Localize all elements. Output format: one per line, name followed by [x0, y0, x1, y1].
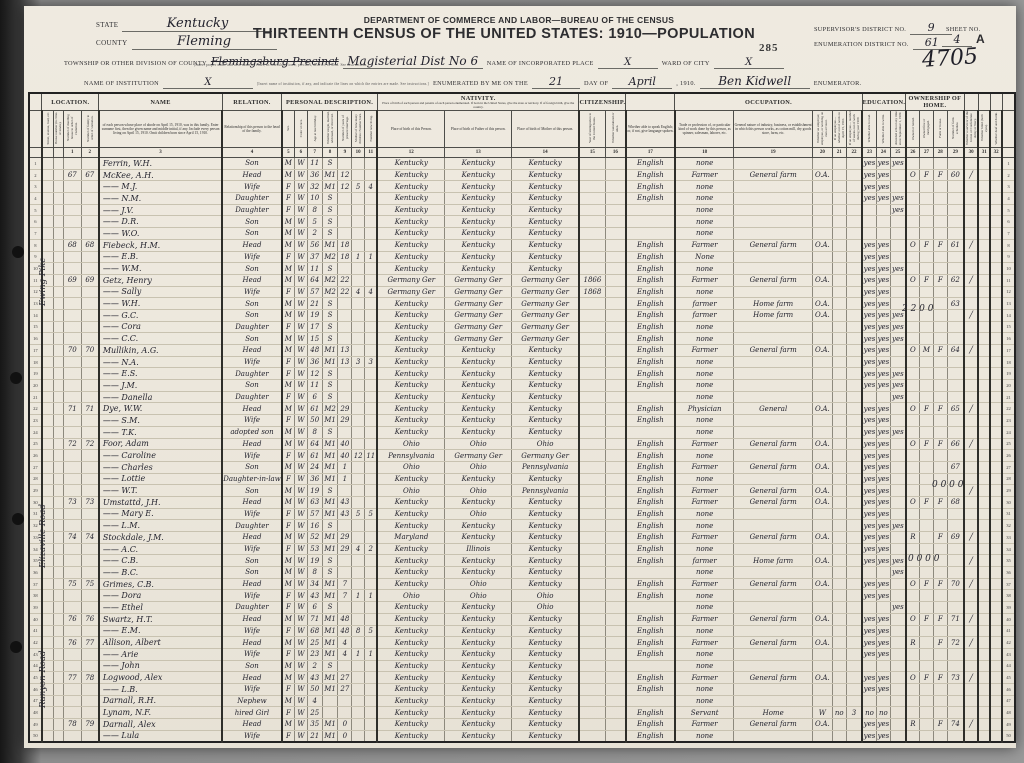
cell-fa — [81, 158, 99, 170]
cell-ma: M1 — [322, 625, 338, 637]
cell-re: Son — [222, 660, 281, 672]
cell-ag: 8 — [307, 426, 322, 438]
cell-bf: Kentucky — [445, 648, 512, 660]
cell-n0: 5 — [29, 204, 42, 216]
cell-fh — [933, 508, 947, 520]
column-number: 3 — [99, 148, 222, 158]
person-row: 32—— L.M.DaughterFW16SKentuckyKentuckyKe… — [29, 520, 1015, 532]
cell-fh: F — [933, 532, 947, 544]
cell-n0: 23 — [29, 415, 42, 427]
cell-sx: M — [282, 169, 295, 181]
cell-im — [579, 158, 605, 170]
cell-fa — [81, 473, 99, 485]
cell-n0: 26 — [29, 450, 42, 462]
cell-bm: Kentucky — [512, 695, 579, 707]
cell-bm: Kentucky — [512, 613, 579, 625]
cell-fh — [933, 683, 947, 695]
person-row: 427677Allison, AlbertHeadMW25M14Kentucky… — [29, 637, 1015, 649]
cell-wr: yes — [876, 251, 890, 263]
cell-wr: yes — [876, 485, 890, 497]
cell-st — [42, 345, 54, 357]
cell-rd — [862, 216, 876, 228]
cell-wk — [846, 403, 862, 415]
cell-wr: no — [876, 707, 890, 719]
cell-bm: Germany Ger — [512, 274, 579, 286]
cell-cl — [365, 567, 378, 579]
cell-rd: yes — [862, 730, 876, 742]
enumerated-label-2: DAY OF — [584, 80, 608, 87]
cell-bp: Kentucky — [377, 368, 444, 380]
cell-na — [605, 625, 626, 637]
cell-sx: F — [282, 683, 295, 695]
cell-bp: Kentucky — [377, 555, 444, 567]
cell-bp: Kentucky — [377, 298, 444, 310]
person-row: 27—— CharlesSonMW24M11OhioOhioPennsylvan… — [29, 461, 1015, 473]
cell-vt — [964, 298, 978, 310]
cell-bm: Kentucky — [512, 345, 579, 357]
cell-im — [579, 707, 605, 719]
cell-bp: Kentucky — [377, 403, 444, 415]
cell-tr: none — [675, 356, 734, 368]
cell-ow — [832, 251, 846, 263]
cell-dd — [990, 286, 1002, 298]
cell-ma: S — [322, 485, 338, 497]
cell-cs: W — [812, 707, 832, 719]
cell-fa — [81, 485, 99, 497]
cell-cb — [352, 298, 365, 310]
cell-n1: 43 — [1002, 648, 1015, 660]
cell-cl — [365, 380, 378, 392]
cell-in — [734, 216, 813, 228]
cell-n1: 24 — [1002, 426, 1015, 438]
cell-vt — [964, 508, 978, 520]
cell-wk — [846, 461, 862, 473]
cell-co: W — [295, 672, 308, 684]
cell-hn — [53, 707, 63, 719]
cell-re: Son — [222, 263, 281, 275]
cell-hn — [53, 380, 63, 392]
cell-ow — [832, 391, 846, 403]
cell-cs: O.A. — [812, 578, 832, 590]
cell-in: General farm — [734, 578, 813, 590]
cell-n1: 33 — [1002, 532, 1015, 544]
cell-ym — [338, 321, 352, 333]
cell-fs — [947, 391, 964, 403]
cell-on — [906, 204, 920, 216]
cell-na — [605, 274, 626, 286]
column-number: 25 — [891, 148, 906, 158]
cell-in — [734, 648, 813, 660]
cell-bd — [978, 239, 990, 251]
cell-n0: 50 — [29, 730, 42, 742]
cell-co: W — [295, 391, 308, 403]
cell-rd: yes — [862, 578, 876, 590]
cell-bp: Kentucky — [377, 309, 444, 321]
cell-im: 1866 — [579, 274, 605, 286]
cell-wr: yes — [876, 345, 890, 357]
cell-on — [906, 730, 920, 742]
cell-rd: yes — [862, 625, 876, 637]
cell-n1: 21 — [1002, 391, 1015, 403]
cell-rd: yes — [862, 532, 876, 544]
cell-dd — [990, 683, 1002, 695]
cell-ag: 8 — [307, 567, 322, 579]
street-name-label: Ewing Pike — [38, 258, 48, 306]
cell-na — [605, 239, 626, 251]
cell-fm — [920, 590, 934, 602]
cell-dd — [990, 648, 1002, 660]
cell-en: English — [626, 496, 675, 508]
cell-tr: none — [675, 158, 734, 170]
cell-wk — [846, 426, 862, 438]
cell-n1: 1 — [1002, 158, 1015, 170]
cell-bf: Kentucky — [445, 730, 512, 742]
cell-rd: yes — [862, 672, 876, 684]
cell-re: Head — [222, 637, 281, 649]
state-label: STATE — [96, 21, 118, 29]
cell-in — [734, 391, 813, 403]
cell-hn — [53, 590, 63, 602]
cell-ym: 40 — [338, 450, 352, 462]
cell-fs — [947, 543, 964, 555]
cell-wr: yes — [876, 590, 890, 602]
cell-bp: Maryland — [377, 532, 444, 544]
cell-fs — [947, 309, 964, 321]
cell-sc: yes — [891, 391, 906, 403]
cell-im — [579, 345, 605, 357]
cell-ma: S — [322, 602, 338, 614]
cell-nm: —— A.C. — [99, 543, 222, 555]
cell-dd — [990, 356, 1002, 368]
cell-in: Home — [734, 707, 813, 719]
cell-bf: Kentucky — [445, 204, 512, 216]
cell-fh — [933, 356, 947, 368]
column-number: 2 — [81, 148, 99, 158]
institution-label: NAME OF INSTITUTION — [84, 80, 159, 87]
cell-bp: Kentucky — [377, 578, 444, 590]
cell-fa — [81, 251, 99, 263]
cell-n0: 3 — [29, 181, 42, 193]
cell-en: English — [626, 508, 675, 520]
cell-ow — [832, 543, 846, 555]
cell-fs: 62 — [947, 274, 964, 286]
cell-fa — [81, 450, 99, 462]
column-header-dw: Number of dwelling house in order of vis… — [63, 111, 81, 148]
person-row: 116969Getz, HenryHeadMW64M222Germany Ger… — [29, 274, 1015, 286]
cell-vt — [964, 496, 978, 508]
cell-ow — [832, 239, 846, 251]
cell-wk — [846, 345, 862, 357]
cell-sx: M — [282, 719, 295, 731]
cell-bf: Germany Ger — [445, 450, 512, 462]
cell-bm: Kentucky — [512, 181, 579, 193]
cell-cb — [352, 473, 365, 485]
cell-bm: Ohio — [512, 590, 579, 602]
enumeration-year: , 1910. — [676, 80, 695, 87]
cell-cl — [365, 368, 378, 380]
cell-cs — [812, 730, 832, 742]
cell-fm — [920, 461, 934, 473]
cell-sx: F — [282, 356, 295, 368]
cell-rd — [862, 228, 876, 240]
cell-im — [579, 415, 605, 427]
cell-bf: Ohio — [445, 508, 512, 520]
cell-im — [579, 461, 605, 473]
column-number: 5 — [282, 148, 295, 158]
cell-n0: 4 — [29, 193, 42, 205]
cell-bf: Kentucky — [445, 239, 512, 251]
cell-ow — [832, 345, 846, 357]
cell-na — [605, 496, 626, 508]
cell-fa — [81, 567, 99, 579]
cell-sc — [891, 473, 906, 485]
cell-rd: yes — [862, 496, 876, 508]
cell-tr: Servant — [675, 707, 734, 719]
cell-wk — [846, 496, 862, 508]
cell-wr: yes — [876, 286, 890, 298]
hole-punch — [12, 246, 24, 258]
cell-cb — [352, 309, 365, 321]
cell-ym — [338, 695, 352, 707]
cell-tr: none — [675, 648, 734, 660]
cell-bd — [978, 485, 990, 497]
cell-im — [579, 426, 605, 438]
cell-ym: 7 — [338, 578, 352, 590]
cell-sc: yes — [891, 380, 906, 392]
cell-sx: M — [282, 298, 295, 310]
person-row: 307373Umstattd, J.H.HeadMW63M143Kentucky… — [29, 496, 1015, 508]
cell-ma: M1 — [322, 532, 338, 544]
column-number: 11 — [365, 148, 378, 158]
cell-cb — [352, 555, 365, 567]
cell-ym: 22 — [338, 274, 352, 286]
cell-bp: Kentucky — [377, 707, 444, 719]
cell-sc — [891, 485, 906, 497]
cell-bm: Ohio — [512, 438, 579, 450]
cell-cl — [365, 239, 378, 251]
cell-ow — [832, 660, 846, 672]
cell-co: W — [295, 251, 308, 263]
cell-nm: —— J.V. — [99, 204, 222, 216]
cell-na — [605, 543, 626, 555]
column-header-sc: Attended school any time since September… — [891, 111, 906, 148]
cell-fa — [81, 461, 99, 473]
cell-dd — [990, 438, 1002, 450]
cell-vt — [964, 356, 978, 368]
cell-bd — [978, 590, 990, 602]
cell-bm: Kentucky — [512, 356, 579, 368]
cell-bm: Kentucky — [512, 391, 579, 403]
cell-ag: 2 — [307, 660, 322, 672]
cell-en: English — [626, 181, 675, 193]
cell-cl — [365, 309, 378, 321]
cell-ag: 68 — [307, 625, 322, 637]
cell-cb — [352, 274, 365, 286]
institution-instruction-note: [Insert name of institution, if any, and… — [257, 82, 429, 86]
cell-fh — [933, 602, 947, 614]
cell-cs — [812, 216, 832, 228]
cell-cs: O.A. — [812, 555, 832, 567]
cell-tr: none — [675, 473, 734, 485]
cell-en: English — [626, 461, 675, 473]
person-row: 12—— SallyWifeFW57M22244Germany GerGerma… — [29, 286, 1015, 298]
cell-st — [42, 169, 54, 181]
cell-n1: 25 — [1002, 438, 1015, 450]
cell-sc — [891, 672, 906, 684]
cell-rd: yes — [862, 473, 876, 485]
cell-wk — [846, 380, 862, 392]
cell-nm: Dye, W.W. — [99, 403, 222, 415]
cell-dd — [990, 672, 1002, 684]
cell-tr: none — [675, 543, 734, 555]
cell-nm: Stockdale, J.M. — [99, 532, 222, 544]
cell-vt: ╱ — [964, 403, 978, 415]
cell-cb: 3 — [352, 356, 365, 368]
cell-sc — [891, 683, 906, 695]
cell-bp: Germany Ger — [377, 274, 444, 286]
cell-dw: 76 — [63, 637, 81, 649]
cell-cb — [352, 695, 365, 707]
cell-on — [906, 356, 920, 368]
cell-wk — [846, 532, 862, 544]
cell-vt — [964, 228, 978, 240]
cell-nm: Swartz, H.T. — [99, 613, 222, 625]
cell-bm: Kentucky — [512, 158, 579, 170]
cell-fs: 60 — [947, 169, 964, 181]
cell-na — [605, 391, 626, 403]
cell-cl — [365, 555, 378, 567]
cell-n1: 45 — [1002, 672, 1015, 684]
cell-bf: Illinois — [445, 543, 512, 555]
cell-wk — [846, 263, 862, 275]
cell-dw — [63, 263, 81, 275]
person-row: 497879Darnall, AlexHeadMW35M10KentuckyKe… — [29, 719, 1015, 731]
cell-im — [579, 485, 605, 497]
cell-bp: Ohio — [377, 485, 444, 497]
cell-fs — [947, 426, 964, 438]
cell-sc — [891, 508, 906, 520]
cell-bp: Kentucky — [377, 239, 444, 251]
cell-on — [906, 426, 920, 438]
cell-dw — [63, 590, 81, 602]
cell-sc — [891, 251, 906, 263]
cell-in — [734, 520, 813, 532]
cell-bm: Kentucky — [512, 239, 579, 251]
cell-na — [605, 345, 626, 357]
cell-bd — [978, 368, 990, 380]
cell-bf: Kentucky — [445, 403, 512, 415]
cell-hn — [53, 426, 63, 438]
cell-tr: Farmer — [675, 438, 734, 450]
person-row: 15—— CoraDaughterFW17SKentuckyGermany Ge… — [29, 321, 1015, 333]
cell-bd — [978, 567, 990, 579]
cell-n1: 5 — [1002, 204, 1015, 216]
cell-ma: M1 — [322, 415, 338, 427]
cell-dd — [990, 345, 1002, 357]
cell-fm — [920, 193, 934, 205]
cell-dd — [990, 193, 1002, 205]
cell-st — [42, 450, 54, 462]
cell-re: Wife — [222, 181, 281, 193]
cell-na — [605, 426, 626, 438]
cell-n0: 14 — [29, 309, 42, 321]
cell-in — [734, 158, 813, 170]
cell-hn — [53, 333, 63, 345]
cell-co: W — [295, 181, 308, 193]
cell-bd — [978, 648, 990, 660]
person-row: 36—— B.C.SonMW8SKentuckyKentuckyKentucky… — [29, 567, 1015, 579]
cell-hn — [53, 274, 63, 286]
cell-im — [579, 204, 605, 216]
column-number: 8 — [322, 148, 338, 158]
cell-in — [734, 450, 813, 462]
cell-re: Head — [222, 672, 281, 684]
cell-co: W — [295, 496, 308, 508]
cell-st — [42, 426, 54, 438]
cell-rd: yes — [862, 613, 876, 625]
cell-vt — [964, 707, 978, 719]
cell-cb — [352, 660, 365, 672]
cell-bf: Kentucky — [445, 719, 512, 731]
cell-en: English — [626, 239, 675, 251]
cell-im — [579, 543, 605, 555]
cell-on: O — [906, 613, 920, 625]
cell-fm — [920, 251, 934, 263]
cell-bf: Ohio — [445, 485, 512, 497]
cell-dw: 70 — [63, 345, 81, 357]
cell-fs — [947, 228, 964, 240]
cell-cl — [365, 298, 378, 310]
cell-tr: none — [675, 321, 734, 333]
cell-n1: 50 — [1002, 730, 1015, 742]
cell-im — [579, 473, 605, 485]
cell-st — [42, 333, 54, 345]
cell-sx: M — [282, 461, 295, 473]
cell-vt: ╱ — [964, 438, 978, 450]
cell-cs — [812, 426, 832, 438]
cell-dw — [63, 228, 81, 240]
cell-nm: —— E.B. — [99, 251, 222, 263]
cell-fm — [920, 532, 934, 544]
cell-sx: F — [282, 543, 295, 555]
cell-ma — [322, 707, 338, 719]
census-sheet: STATE Kentucky COUNTY Fleming DEPARTMENT… — [24, 6, 1016, 748]
cell-cl — [365, 719, 378, 731]
cell-bf: Kentucky — [445, 158, 512, 170]
cell-cl: 5 — [365, 508, 378, 520]
cell-fh: F — [933, 438, 947, 450]
cell-st — [42, 473, 54, 485]
cell-vt — [964, 543, 978, 555]
cell-cl — [365, 333, 378, 345]
cell-co: W — [295, 274, 308, 286]
cell-bm: Pennsylvania — [512, 461, 579, 473]
cell-wr — [876, 695, 890, 707]
cell-cl — [365, 345, 378, 357]
cell-cs — [812, 158, 832, 170]
cell-tr: Farmer — [675, 461, 734, 473]
cell-ow — [832, 426, 846, 438]
cell-dd — [990, 321, 1002, 333]
cell-in: General farm — [734, 613, 813, 625]
cell-fs: 73 — [947, 672, 964, 684]
cell-ow — [832, 672, 846, 684]
cell-ow — [832, 496, 846, 508]
cell-fa — [81, 602, 99, 614]
cell-sc: yes — [891, 368, 906, 380]
cell-ma: M2 — [322, 286, 338, 298]
cell-bd — [978, 520, 990, 532]
